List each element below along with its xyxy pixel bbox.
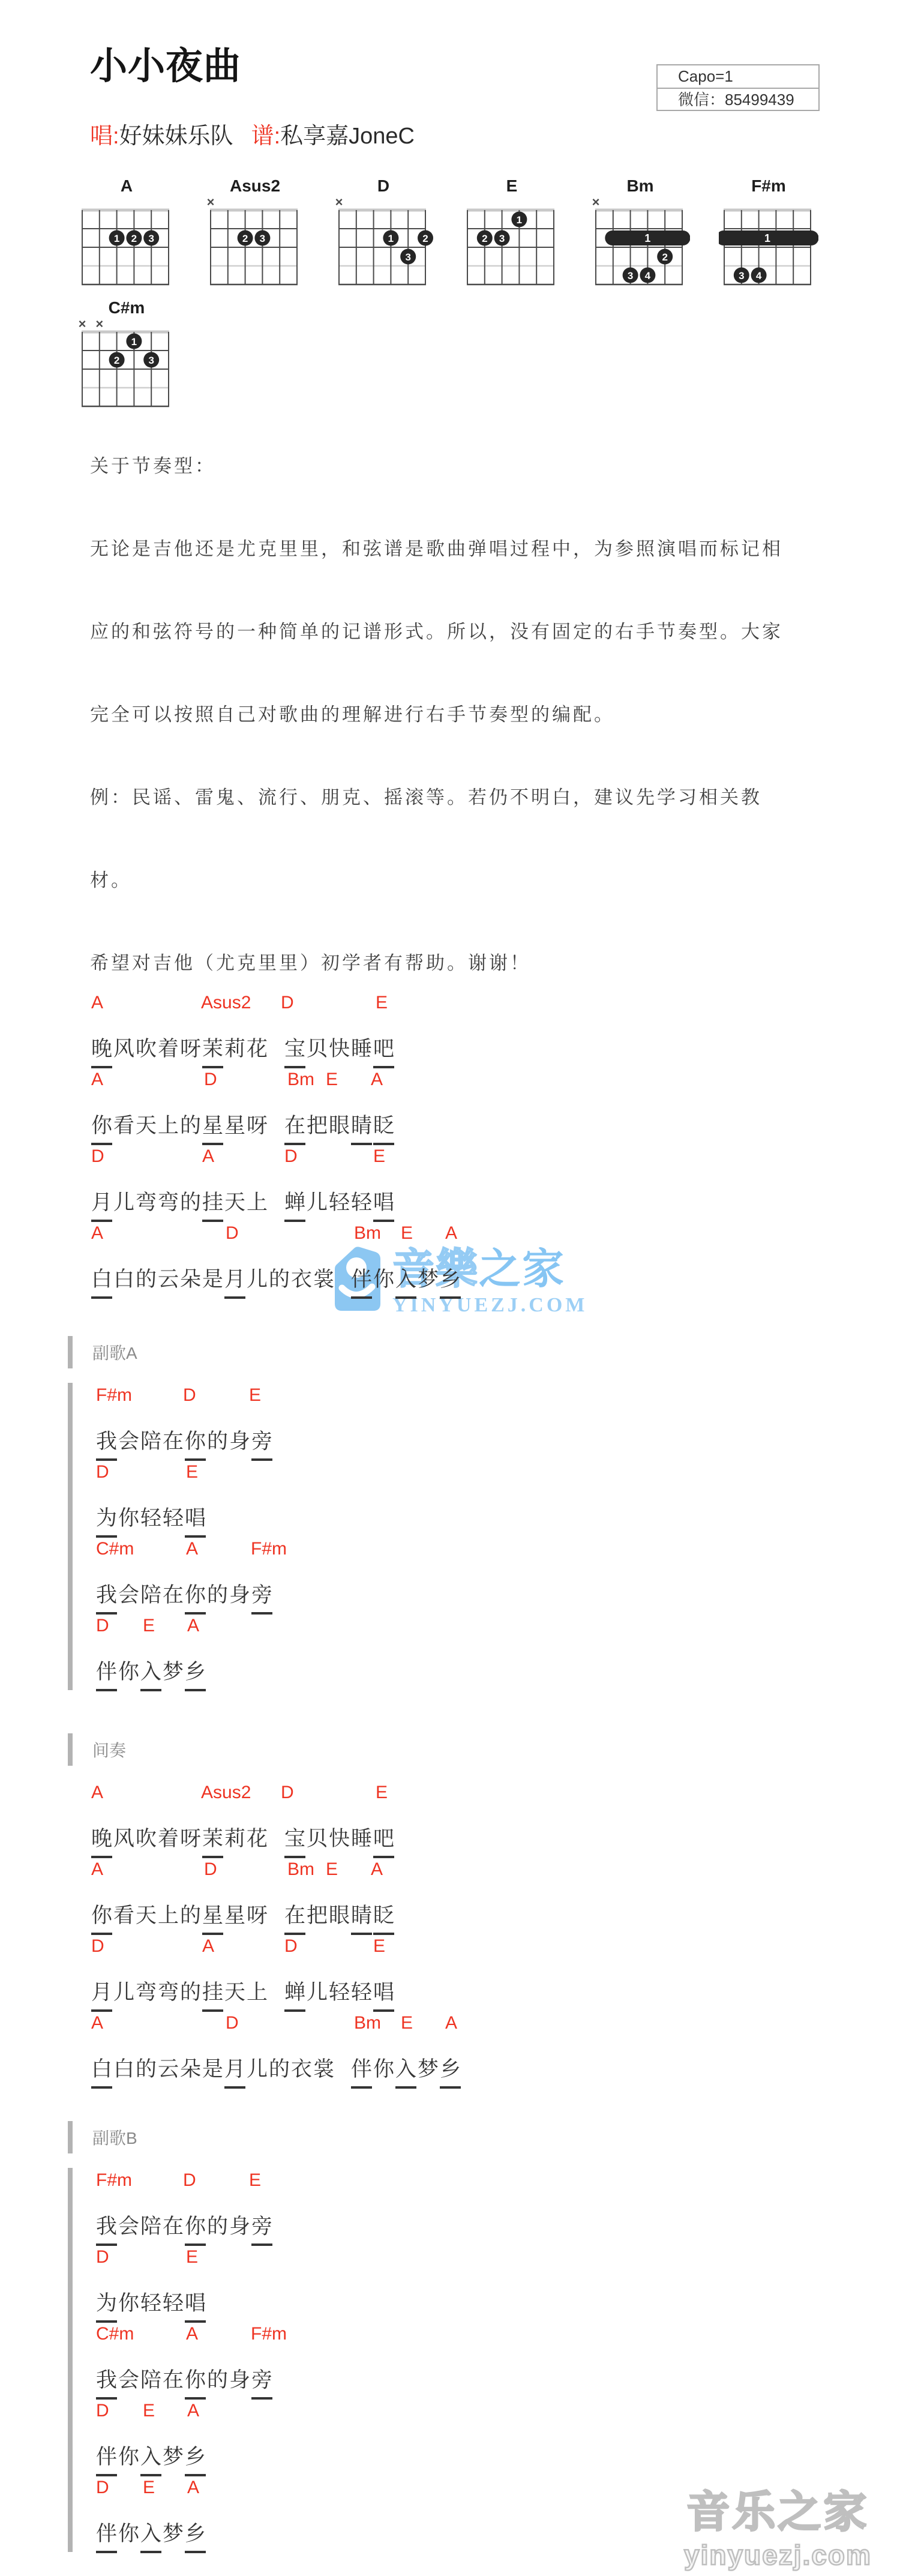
lyric-char: 轻 bbox=[140, 2287, 161, 2317]
lyric-char: 为 bbox=[96, 2287, 117, 2323]
chord-diagram-A: A123 bbox=[77, 176, 176, 290]
lyric-char: 伴 bbox=[96, 2440, 117, 2476]
about-paragraph-line: 应的和弦符号的一种简单的记谱形式。所以，没有固定的右手节奏型。大家 bbox=[90, 622, 900, 642]
lyric-char: 的 bbox=[180, 1899, 201, 1929]
lyric-char: 儿 bbox=[247, 1263, 268, 1293]
lyric-char: 的 bbox=[136, 2053, 157, 2083]
inline-chord: A bbox=[371, 1859, 383, 1880]
section-lines: F#mDE我会陪在你的身旁DE为你轻轻唱C#mAF#m我会陪在你的身旁DEA伴你… bbox=[68, 2168, 900, 2552]
lyric-char: 把 bbox=[307, 1899, 328, 1929]
inline-chord: D bbox=[96, 1616, 109, 1636]
song-section-verse: AAsus2DE晚风吹着呀茉莉花宝贝快睡吧ADBmEA你看天上的星星呀在把眼睛眨… bbox=[0, 990, 900, 1298]
about-paragraph-line: 无论是吉他还是尤克里里，和弦谱是歌曲弹唱过程中，为参照演唱而标记相 bbox=[90, 539, 900, 559]
lyric-line: 白白的云朵是月儿的衣裳伴你入梦乡 bbox=[91, 2049, 900, 2087]
lyric-char: 呀 bbox=[180, 1032, 201, 1062]
chord-diagram-C#m: C#m××123 bbox=[77, 298, 176, 412]
lyric-char: 身 bbox=[229, 2210, 250, 2240]
lyric-char: 身 bbox=[229, 1425, 250, 1455]
chord-line: DEA bbox=[96, 2475, 900, 2514]
lyric-char: 弯 bbox=[158, 1976, 179, 2006]
inline-chord: A bbox=[186, 2324, 198, 2344]
svg-text:3: 3 bbox=[260, 233, 265, 244]
svg-text:3: 3 bbox=[739, 270, 744, 281]
svg-text:3: 3 bbox=[148, 355, 154, 366]
lyric-char: 伴 bbox=[96, 1655, 117, 1691]
lyric-line: 我会陪在你的身旁 bbox=[96, 1421, 900, 1460]
lyric-char: 儿 bbox=[113, 1186, 134, 1216]
lyric-char: 陪 bbox=[140, 2364, 161, 2394]
chord-name-label: C#m bbox=[77, 298, 176, 317]
lyric-char: 眨 bbox=[373, 1109, 394, 1145]
chord-diagram-area: A123Asus2×23D×123E123Bm×1234F#m134C#m××1… bbox=[77, 176, 900, 412]
inline-chord: D bbox=[204, 1070, 217, 1090]
inline-chord: E bbox=[143, 2401, 155, 2421]
svg-text:2: 2 bbox=[131, 233, 137, 244]
lyric-char: 你 bbox=[118, 2287, 139, 2317]
lyric-line: 我会陪在你的身旁 bbox=[96, 1575, 900, 1613]
lyric-char: 星 bbox=[202, 1109, 223, 1145]
lyric-char: 轻 bbox=[163, 1502, 184, 1532]
lyric-char: 在 bbox=[163, 2364, 184, 2394]
lyric-char: 你 bbox=[91, 1109, 112, 1145]
lyric-char: 吧 bbox=[373, 1822, 394, 1858]
lyric-line: 伴你入梦乡 bbox=[96, 1652, 900, 1690]
lyric-char: 在 bbox=[284, 1109, 305, 1145]
song-section-间奏: 间奏AAsus2DE晚风吹着呀茉莉花宝贝快睡吧ADBmEA你看天上的星星呀在把眼… bbox=[0, 1733, 900, 2087]
lyric-char: 莉 bbox=[224, 1822, 245, 1852]
lyric-char: 在 bbox=[163, 1425, 184, 1455]
inline-chord: D bbox=[226, 1223, 239, 1244]
lyric-char: 裳 bbox=[313, 1263, 334, 1293]
chord-grid-D: ×123 bbox=[334, 196, 433, 287]
lyric-char: 旁 bbox=[251, 1425, 272, 1461]
lyric-char: 呀 bbox=[180, 1822, 201, 1852]
lyric-char: 月 bbox=[91, 1976, 112, 2012]
lyric-char: 的 bbox=[269, 1263, 290, 1293]
svg-text:2: 2 bbox=[242, 233, 248, 244]
lyric-char: 茉 bbox=[202, 1822, 223, 1858]
inline-chord: E bbox=[373, 1146, 385, 1167]
lyric-char: 蝉 bbox=[284, 1976, 305, 2012]
inline-chord: A bbox=[202, 1146, 214, 1167]
lyric-char: 裳 bbox=[313, 2053, 334, 2083]
lyric-char: 的 bbox=[207, 1578, 228, 1608]
lyric-char: 乡 bbox=[185, 2517, 206, 2553]
singer-group: 唱:好妹妹乐队 bbox=[90, 124, 233, 149]
inline-chord: A bbox=[91, 993, 103, 1013]
lyric-char: 陪 bbox=[140, 2210, 161, 2240]
chord-line: DEA bbox=[96, 1613, 900, 1652]
lyric-char: 月 bbox=[224, 1263, 245, 1299]
chord-line: DADE bbox=[91, 1934, 900, 1972]
lyric-char: 吹 bbox=[136, 1032, 157, 1062]
lyric-char: 在 bbox=[284, 1899, 305, 1935]
chord-name-label: Bm bbox=[590, 176, 690, 196]
svg-text:1: 1 bbox=[388, 233, 394, 244]
svg-text:3: 3 bbox=[148, 233, 154, 244]
inline-chord: E bbox=[186, 1462, 198, 1482]
lyric-char: 会 bbox=[118, 2210, 139, 2240]
lyric-char: 天 bbox=[136, 1109, 157, 1139]
lyric-char: 我 bbox=[96, 2210, 117, 2246]
lyric-char: 吹 bbox=[136, 1822, 157, 1852]
about-paragraph-line: 例：民谣、雷鬼、流行、朋克、摇滚等。若仍不明白，建议先学习相关教 bbox=[90, 787, 900, 808]
lyric-char: 天 bbox=[136, 1899, 157, 1929]
inline-chord: E bbox=[376, 1783, 388, 1803]
section-label: 副歌A bbox=[68, 1336, 900, 1368]
lyric-char: 睡 bbox=[351, 1822, 372, 1852]
lyric-char: 会 bbox=[118, 2364, 139, 2394]
about-paragraph-line: 材。 bbox=[90, 870, 900, 891]
lyric-line: 我会陪在你的身旁 bbox=[96, 2360, 900, 2398]
inline-chord: A bbox=[91, 1070, 103, 1090]
lyric-char: 衣 bbox=[291, 1263, 312, 1293]
lyric-char: 身 bbox=[229, 1578, 250, 1608]
lyric-char: 莉 bbox=[224, 1032, 245, 1062]
inline-chord: E bbox=[143, 1616, 155, 1636]
chord-diagram-D: D×123 bbox=[334, 176, 433, 290]
inline-chord: E bbox=[249, 1385, 261, 1406]
inline-chord: A bbox=[187, 2478, 199, 2498]
inline-chord: E bbox=[401, 1223, 413, 1244]
chord-diagram-Bm: Bm×1234 bbox=[590, 176, 690, 290]
inline-chord: A bbox=[91, 1783, 103, 1803]
lyric-char: 在 bbox=[163, 1578, 184, 1608]
inline-chord: C#m bbox=[96, 2324, 134, 2344]
inline-chord: Asus2 bbox=[201, 993, 251, 1013]
lyric-char: 轻 bbox=[329, 1976, 350, 2006]
about-paragraph-line: 关于节奏型： bbox=[90, 456, 900, 477]
inline-chord: D bbox=[281, 993, 294, 1013]
lyric-char: 梦 bbox=[163, 2517, 184, 2547]
inline-chord: D bbox=[91, 1146, 104, 1167]
svg-text:2: 2 bbox=[114, 355, 119, 366]
lyric-char: 看 bbox=[113, 1899, 134, 1929]
lyric-char: 旁 bbox=[251, 1578, 272, 1615]
chord-sheet-page: 小小夜曲 唱:好妹妹乐队谱:私享嘉JoneC Capo=1 微信：8549943… bbox=[0, 0, 900, 2576]
lyric-line: 为你轻轻唱 bbox=[96, 1498, 900, 1536]
lyric-char: 晚 bbox=[91, 1822, 112, 1858]
song-section-副歌B: 副歌BF#mDE我会陪在你的身旁DE为你轻轻唱C#mAF#m我会陪在你的身旁DE… bbox=[0, 2121, 900, 2552]
inline-chord: E bbox=[376, 993, 388, 1013]
lyric-char: 在 bbox=[163, 2210, 184, 2240]
about-paragraph-line: 完全可以按照自己对歌曲的理解进行右手节奏型的编配。 bbox=[90, 705, 900, 725]
lyric-char: 呀 bbox=[247, 1109, 268, 1139]
lyric-char: 云 bbox=[158, 2053, 179, 2083]
inline-chord: F#m bbox=[96, 1385, 132, 1406]
inline-chord: E bbox=[249, 2170, 261, 2191]
singer-label: 唱: bbox=[90, 124, 119, 149]
chord-line: ADBmEA bbox=[91, 1221, 900, 1259]
lyric-char: 弯 bbox=[158, 1186, 179, 1216]
svg-text:2: 2 bbox=[482, 233, 487, 244]
lyric-line: 伴你入梦乡 bbox=[96, 2514, 900, 2552]
chord-line: DEA bbox=[96, 2398, 900, 2437]
inline-chord: F#m bbox=[251, 1539, 287, 1559]
lyric-char: 上 bbox=[158, 1109, 179, 1139]
arranger-name: 私享嘉JoneC bbox=[280, 124, 415, 149]
lyric-char: 风 bbox=[113, 1032, 134, 1062]
lyric-char: 星 bbox=[202, 1899, 223, 1935]
lyric-char: 你 bbox=[118, 1655, 139, 1685]
lyric-char: 睛 bbox=[351, 1109, 372, 1145]
lyric-char: 轻 bbox=[351, 1976, 372, 2006]
lyric-char: 宝 bbox=[284, 1032, 305, 1068]
chord-line: DE bbox=[96, 1460, 900, 1498]
lyric-char: 儿 bbox=[113, 1976, 134, 2006]
inline-chord: A bbox=[91, 1223, 103, 1244]
capo-wechat-box: Capo=1 微信：85499439 bbox=[656, 64, 820, 111]
wechat-row: 微信：85499439 bbox=[658, 88, 818, 110]
lyric-line: 为你轻轻唱 bbox=[96, 2283, 900, 2322]
lyric-char: 伴 bbox=[351, 2053, 372, 2089]
singer-name: 好妹妹乐队 bbox=[119, 124, 233, 149]
lyric-char: 旁 bbox=[251, 2210, 272, 2246]
lyric-char: 白 bbox=[113, 2053, 134, 2083]
inline-chord: A bbox=[371, 1070, 383, 1090]
svg-text:1: 1 bbox=[644, 232, 650, 244]
lyric-char: 朵 bbox=[180, 2053, 201, 2083]
lyric-char: 吧 bbox=[373, 1032, 394, 1068]
inline-chord: D bbox=[284, 1146, 298, 1167]
chord-diagram-E: E123 bbox=[462, 176, 562, 290]
chord-name-label: E bbox=[462, 176, 562, 196]
lyric-char: 你 bbox=[185, 1578, 206, 1615]
lyric-char: 我 bbox=[96, 1425, 117, 1461]
lyric-char: 乡 bbox=[440, 1263, 461, 1299]
lyric-char: 会 bbox=[118, 1578, 139, 1608]
lyric-line: 晚风吹着呀茉莉花宝贝快睡吧 bbox=[91, 1029, 900, 1067]
lyric-char: 伴 bbox=[96, 2517, 117, 2553]
lyric-char: 的 bbox=[180, 1976, 201, 2006]
chord-name-label: D bbox=[334, 176, 433, 196]
chord-line: F#mDE bbox=[96, 2168, 900, 2206]
lyric-char: 天 bbox=[224, 1186, 245, 1216]
chord-grid-F#m: 134 bbox=[719, 196, 818, 287]
chord-diagram-Asus2: Asus2×23 bbox=[205, 176, 305, 290]
lyric-char: 乡 bbox=[440, 2053, 461, 2089]
svg-text:3: 3 bbox=[628, 270, 633, 281]
inline-chord: Bm bbox=[287, 1070, 314, 1090]
lyric-char: 白 bbox=[91, 2053, 112, 2089]
lyric-char: 轻 bbox=[329, 1186, 350, 1216]
lyric-char: 唱 bbox=[373, 1186, 394, 1222]
chord-line: C#mAF#m bbox=[96, 1536, 900, 1575]
svg-text:2: 2 bbox=[662, 251, 667, 263]
inline-chord: A bbox=[186, 1539, 198, 1559]
svg-text:4: 4 bbox=[645, 270, 651, 281]
inline-chord: Bm bbox=[354, 2013, 381, 2033]
inline-chord: E bbox=[326, 1070, 338, 1090]
lyric-char: 衣 bbox=[291, 2053, 312, 2083]
lyric-char: 你 bbox=[185, 1425, 206, 1461]
lyric-char: 你 bbox=[185, 2210, 206, 2246]
lyric-char: 花 bbox=[247, 1822, 268, 1852]
lyric-char: 的 bbox=[136, 1263, 157, 1293]
lyric-char: 我 bbox=[96, 1578, 117, 1615]
arranger-group: 谱:私享嘉JoneC bbox=[251, 124, 415, 149]
inline-chord: D bbox=[204, 1859, 217, 1880]
lyric-char: 贝 bbox=[307, 1822, 328, 1852]
inline-chord: D bbox=[183, 2170, 196, 2191]
song-body: AAsus2DE晚风吹着呀茉莉花宝贝快睡吧ADBmEA你看天上的星星呀在把眼睛眨… bbox=[0, 990, 900, 2552]
arranger-label: 谱: bbox=[251, 124, 281, 149]
chord-grid-Bm: ×1234 bbox=[590, 196, 690, 287]
lyric-char: 睡 bbox=[351, 1032, 372, 1062]
lyric-char: 你 bbox=[373, 2053, 394, 2083]
chord-line: DE bbox=[96, 2245, 900, 2283]
chord-grid-A: 123 bbox=[77, 196, 176, 287]
lyric-char: 白 bbox=[91, 1263, 112, 1299]
lyric-char: 把 bbox=[307, 1109, 328, 1139]
chord-grid-C#m: ××123 bbox=[77, 317, 176, 409]
inline-chord: D bbox=[96, 1462, 109, 1482]
lyric-char: 呀 bbox=[247, 1899, 268, 1929]
lyric-char: 轻 bbox=[163, 2287, 184, 2317]
lyric-char: 入 bbox=[140, 2440, 161, 2476]
section-lines: AAsus2DE晚风吹着呀茉莉花宝贝快睡吧ADBmEA你看天上的星星呀在把眼睛眨… bbox=[91, 990, 900, 1298]
lyric-char: 风 bbox=[113, 1822, 134, 1852]
lyric-char: 朵 bbox=[180, 1263, 201, 1293]
capo-row: Capo=1 bbox=[658, 65, 818, 88]
muted-string-x-icon: × bbox=[79, 317, 86, 331]
lyric-char: 云 bbox=[158, 1263, 179, 1293]
lyric-char: 挂 bbox=[202, 1186, 223, 1222]
svg-text:1: 1 bbox=[517, 214, 522, 226]
svg-text:2: 2 bbox=[422, 233, 428, 244]
lyric-char: 身 bbox=[229, 2364, 250, 2394]
lyric-char: 眼 bbox=[329, 1899, 350, 1929]
lyric-line: 月儿弯弯的挂天上蝉儿轻轻唱 bbox=[91, 1182, 900, 1221]
lyric-line: 白白的云朵是月儿的衣裳伴你入梦乡 bbox=[91, 1259, 900, 1298]
lyric-char: 弯 bbox=[136, 1186, 157, 1216]
lyric-char: 的 bbox=[207, 1425, 228, 1455]
chord-diagram-row: A123Asus2×23D×123E123Bm×1234F#m134 bbox=[77, 176, 900, 290]
lyric-char: 乡 bbox=[185, 1655, 206, 1691]
inline-chord: D bbox=[96, 2478, 109, 2498]
inline-chord: F#m bbox=[96, 2170, 132, 2191]
lyric-char: 蝉 bbox=[284, 1186, 305, 1222]
lyric-char: 陪 bbox=[140, 1578, 161, 1608]
chord-line: AAsus2DE bbox=[91, 1780, 900, 1819]
inline-chord: E bbox=[373, 1936, 385, 1957]
inline-chord: A bbox=[91, 1859, 103, 1880]
lyric-char: 入 bbox=[395, 2053, 416, 2089]
chord-diagram-F#m: F#m134 bbox=[719, 176, 818, 290]
song-section-副歌A: 副歌AF#mDE我会陪在你的身旁DE为你轻轻唱C#mAF#m我会陪在你的身旁DE… bbox=[0, 1336, 900, 1690]
lyric-char: 儿 bbox=[307, 1186, 328, 1216]
lyric-char: 你 bbox=[373, 1263, 394, 1293]
lyric-char: 你 bbox=[118, 2440, 139, 2470]
chord-grid-Asus2: ×23 bbox=[205, 196, 305, 287]
svg-text:3: 3 bbox=[405, 251, 410, 263]
inline-chord: A bbox=[202, 1936, 214, 1957]
lyric-char: 为 bbox=[96, 1502, 117, 1538]
lyric-char: 着 bbox=[158, 1822, 179, 1852]
section-label: 副歌B bbox=[68, 2121, 900, 2153]
lyric-char: 唱 bbox=[185, 2287, 206, 2323]
lyric-char: 你 bbox=[185, 2364, 206, 2400]
inline-chord: D bbox=[183, 1385, 196, 1406]
lyric-char: 白 bbox=[113, 1263, 134, 1293]
lyric-line: 你看天上的星星呀在把眼睛眨 bbox=[91, 1895, 900, 1934]
lyric-char: 梦 bbox=[418, 1263, 439, 1293]
lyric-line: 伴你入梦乡 bbox=[96, 2437, 900, 2475]
muted-string-x-icon: × bbox=[335, 196, 343, 209]
chord-line: AAsus2DE bbox=[91, 990, 900, 1029]
lyric-char: 梦 bbox=[163, 1655, 184, 1685]
lyric-char: 入 bbox=[140, 1655, 161, 1691]
inline-chord: A bbox=[445, 1223, 457, 1244]
lyric-char: 唱 bbox=[185, 1502, 206, 1538]
lyric-char: 陪 bbox=[140, 1425, 161, 1455]
inline-chord: A bbox=[187, 1616, 199, 1636]
lyric-line: 月儿弯弯的挂天上蝉儿轻轻唱 bbox=[91, 1972, 900, 2011]
lyric-char: 月 bbox=[224, 2053, 245, 2089]
chord-grid-E: 123 bbox=[462, 196, 562, 287]
lyric-char: 的 bbox=[207, 2364, 228, 2394]
muted-string-x-icon: × bbox=[95, 317, 103, 331]
section-lines: F#mDE我会陪在你的身旁DE为你轻轻唱C#mAF#m我会陪在你的身旁DEA伴你… bbox=[68, 1383, 900, 1690]
lyric-char: 入 bbox=[140, 2517, 161, 2553]
lyric-line: 晚风吹着呀茉莉花宝贝快睡吧 bbox=[91, 1819, 900, 1857]
svg-text:1: 1 bbox=[764, 232, 770, 244]
inline-chord: E bbox=[401, 2013, 413, 2033]
lyric-char: 会 bbox=[118, 1425, 139, 1455]
lyric-char: 的 bbox=[180, 1109, 201, 1139]
lyric-char: 快 bbox=[329, 1822, 350, 1852]
lyric-char: 挂 bbox=[202, 1976, 223, 2012]
lyric-char: 看 bbox=[113, 1109, 134, 1139]
chord-name-label: F#m bbox=[719, 176, 818, 196]
lyric-char: 眼 bbox=[329, 1109, 350, 1139]
lyric-char: 睛 bbox=[351, 1899, 372, 1935]
inline-chord: D bbox=[284, 1936, 298, 1957]
lyric-char: 我 bbox=[96, 2364, 117, 2400]
lyric-char: 星 bbox=[224, 1899, 245, 1929]
lyric-char: 快 bbox=[329, 1032, 350, 1062]
lyric-char: 是 bbox=[202, 1263, 223, 1293]
inline-chord: Asus2 bbox=[201, 1783, 251, 1803]
inline-chord: Bm bbox=[354, 1223, 381, 1244]
lyric-char: 乡 bbox=[185, 2440, 206, 2476]
lyric-char: 的 bbox=[207, 2210, 228, 2240]
chord-line: C#mAF#m bbox=[96, 2322, 900, 2360]
svg-text:1: 1 bbox=[114, 233, 119, 244]
svg-text:1: 1 bbox=[131, 336, 137, 348]
lyric-char: 的 bbox=[269, 2053, 290, 2083]
chord-name-label: Asus2 bbox=[205, 176, 305, 196]
lyric-char: 你 bbox=[118, 1502, 139, 1532]
inline-chord: A bbox=[91, 2013, 103, 2033]
inline-chord: A bbox=[187, 2401, 199, 2421]
inline-chord: D bbox=[96, 2401, 109, 2421]
muted-string-x-icon: × bbox=[592, 196, 600, 209]
lyric-char: 着 bbox=[158, 1032, 179, 1062]
inline-chord: D bbox=[91, 1936, 104, 1957]
lyric-char: 梦 bbox=[418, 2053, 439, 2083]
muted-string-x-icon: × bbox=[207, 196, 215, 209]
section-lines: AAsus2DE晚风吹着呀茉莉花宝贝快睡吧ADBmEA你看天上的星星呀在把眼睛眨… bbox=[91, 1780, 900, 2087]
lyric-char: 儿 bbox=[247, 2053, 268, 2083]
lyric-char: 旁 bbox=[251, 2364, 272, 2400]
lyric-char: 入 bbox=[395, 1263, 416, 1299]
lyric-char: 茉 bbox=[202, 1032, 223, 1068]
inline-chord: D bbox=[281, 1783, 294, 1803]
byline: 唱:好妹妹乐队谱:私享嘉JoneC bbox=[90, 117, 900, 150]
chord-line: ADBmEA bbox=[91, 2011, 900, 2049]
lyric-char: 上 bbox=[158, 1899, 179, 1929]
